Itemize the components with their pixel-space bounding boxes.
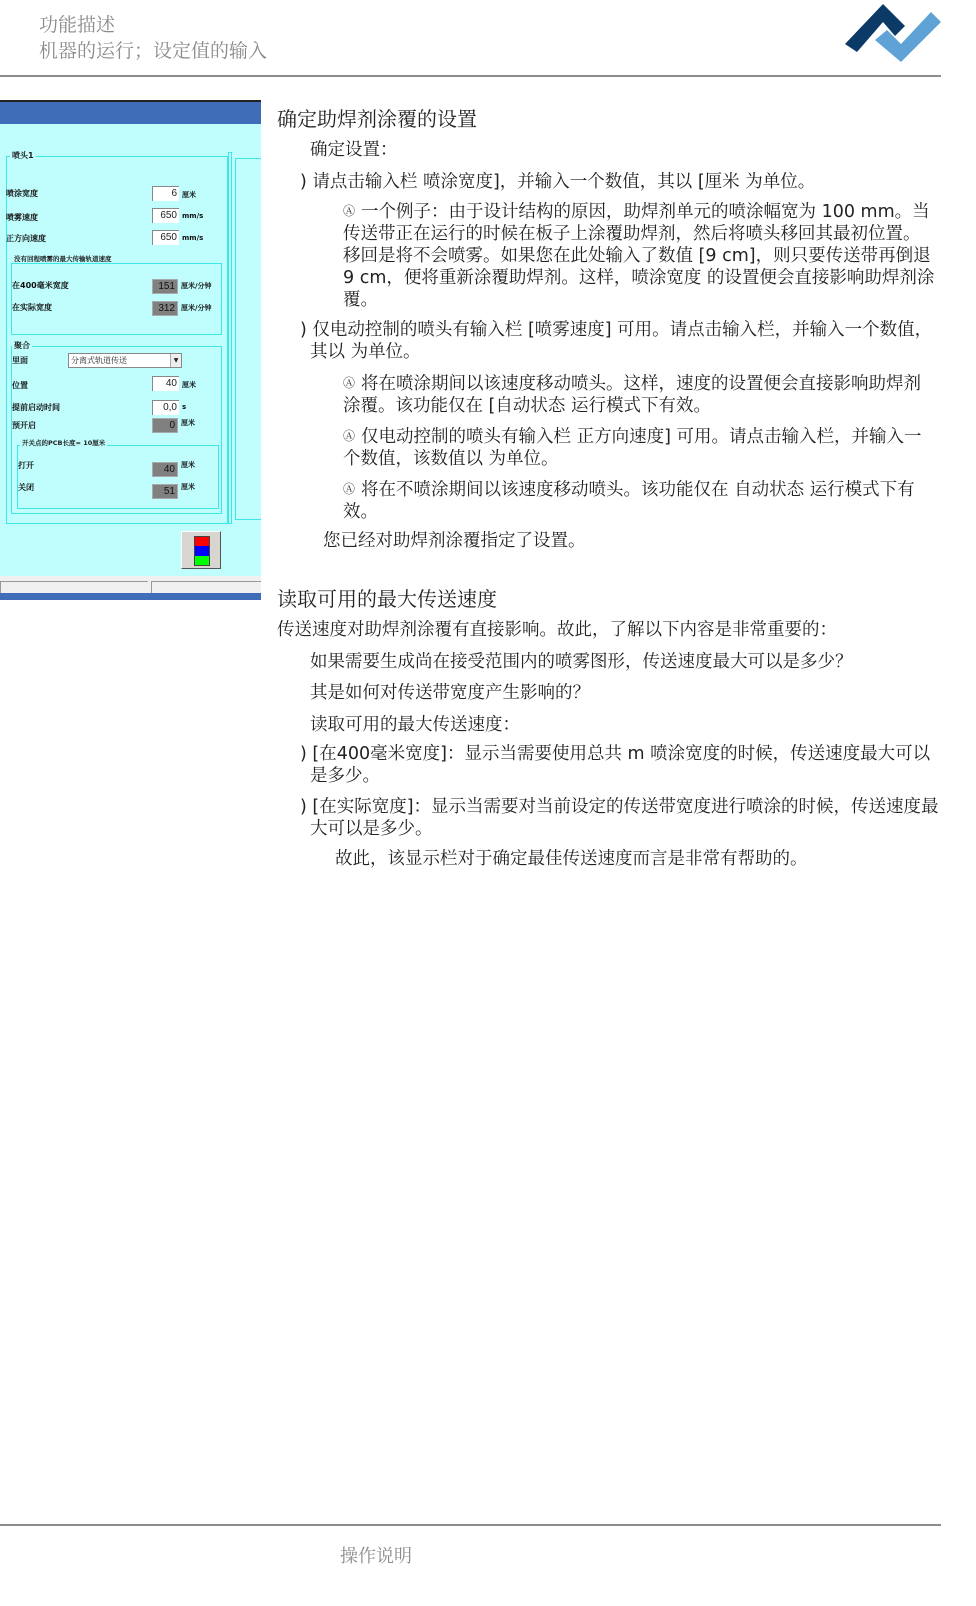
forward-speed-label: 正方向速度 <box>6 233 46 244</box>
item-400mm-text: ) [在400毫米宽度]：显示当需要使用总共 m 喷涂宽度的时候，传送速度最大可… <box>300 744 930 786</box>
conveyor-mode-value: 分离式轨道传送 <box>71 356 127 365</box>
read-max-speed-label: 读取可用的最大传送速度： <box>310 714 520 736</box>
step-spray-speed-text: ) 仅电动控制的喷头有输入栏 [喷雾速度] 可用。请点击输入栏，并输入一个数值，… <box>300 320 932 362</box>
spray-speed-input[interactable]: 650 <box>152 208 179 223</box>
footer-divider <box>0 1524 941 1526</box>
right-group-box <box>235 158 261 520</box>
note-example: Ⓐ一个例子：由于设计结构的原因，助焊剂单元的喷涂幅宽为 100 mm。当传送带正… <box>343 200 935 311</box>
max-speed-intro: 传送速度对助焊剂涂覆有直接影响。故此，了解以下内容是非常重要的： <box>277 619 837 641</box>
spray-width-unit: 厘米 <box>182 190 196 200</box>
max-speed-400-value: 151 <box>152 279 178 294</box>
spray-width-label: 喷涂宽度 <box>6 188 38 199</box>
panel-divider <box>228 152 232 524</box>
switch-close-value: 51 <box>152 484 178 499</box>
switch-close-label: 关闭 <box>18 482 34 493</box>
signal-lamp-icon <box>194 536 210 566</box>
switch-group-title: 开关点的PCB长度= 10厘米 <box>20 438 107 447</box>
item-400mm-width: ) [在400毫米宽度]：显示当需要使用总共 m 喷涂宽度的时候，传送速度最大可… <box>300 743 940 787</box>
switch-open-label: 打开 <box>18 460 34 471</box>
status-lamp-button[interactable] <box>181 531 221 569</box>
spray-width-input[interactable]: 6 <box>152 186 179 201</box>
note-icon: Ⓐ <box>343 376 355 390</box>
preopen-value: 0 <box>152 418 178 433</box>
note-non-spray-speed: Ⓐ将在不喷涂期间以该速度移动喷头。该功能仅在 自动状态 运行模式下有效。 <box>343 478 935 523</box>
conveyor-mode-select[interactable]: 分离式轨道传送 ▼ <box>68 353 182 368</box>
note-example-text: 一个例子：由于设计结构的原因，助焊剂单元的喷涂幅宽为 100 mm。当传送带正在… <box>343 202 934 310</box>
chapter-subtitle: 机器的运行；设定值的输入 <box>39 36 267 63</box>
forward-speed-unit: mm/s <box>182 234 203 242</box>
max-speed-400-unit: 厘米/分钟 <box>181 281 212 291</box>
window-titlebar <box>0 100 261 124</box>
max-speed-actual-value: 312 <box>152 301 178 316</box>
question-1: 如果需要生成尚在接受范围内的喷雾图形，传送速度最大可以是多少？ <box>310 651 853 673</box>
note-spray-speed-text: 将在喷涂期间以该速度移动喷头。这样，速度的设置便会直接影响助焊剂涂覆。该功能仅在… <box>343 374 921 416</box>
spray-speed-unit: mm/s <box>182 212 203 220</box>
note-icon: Ⓐ <box>343 204 355 218</box>
note-forward-speed: Ⓐ仅电动控制的喷头有输入栏 正方向速度] 可用。请点击输入栏，并输入一个数值，该… <box>343 425 935 470</box>
chapter-title: 功能描述 <box>39 10 115 37</box>
position-input[interactable]: 40 <box>152 376 179 391</box>
note-non-spray-text: 将在不喷涂期间以该速度移动喷头。该功能仅在 自动状态 运行模式下有效。 <box>343 480 915 522</box>
prestart-time-unit: s <box>182 403 186 411</box>
step-spray-width: ) 请点击输入栏 喷涂宽度]，并输入一个数值，其以 [厘米 为单位。 <box>300 171 940 193</box>
maxspeed-group-title: 没有回程喷雾的最大传输轨道速度 <box>12 254 114 263</box>
note-forward-speed-text: 仅电动控制的喷头有输入栏 正方向速度] 可用。请点击输入栏，并输入一个数值，该数… <box>343 427 921 469</box>
preopen-label: 预开启 <box>12 420 36 431</box>
position-label: 位置 <box>12 380 28 391</box>
max-speed-actual-unit: 厘米/分钟 <box>181 303 212 313</box>
max-speed-actual-label: 在实际宽度 <box>12 302 52 313</box>
switch-open-unit: 厘米 <box>181 460 195 470</box>
position-unit: 厘米 <box>182 380 196 390</box>
step-spray-speed: ) 仅电动控制的喷头有输入栏 [喷雾速度] 可用。请点击输入栏，并输入一个数值，… <box>300 319 940 363</box>
intro-text: 确定设置： <box>310 139 398 161</box>
note-spray-speed: Ⓐ将在喷涂期间以该速度移动喷头。这样，速度的设置便会直接影响助焊剂涂覆。该功能仅… <box>343 372 935 417</box>
preopen-unit: 厘米 <box>181 418 195 428</box>
item-actual-width: ) [在实际宽度]：显示当需要对当前设定的传送带宽度进行喷涂的时候，传送速度最大… <box>300 796 940 840</box>
switch-group-box <box>17 445 219 509</box>
switch-open-value: 40 <box>152 462 178 477</box>
section-title-max-speed: 读取可用的最大传送速度 <box>277 583 497 612</box>
forward-speed-input[interactable]: 650 <box>152 230 179 245</box>
nozzle-group-title: 喷头1 <box>10 150 36 161</box>
section-title-flux-settings: 确定助焊剂涂覆的设置 <box>277 103 477 132</box>
header-divider <box>0 75 941 77</box>
max-speed-400-label: 在400毫米宽度 <box>12 280 69 291</box>
maxspeed-group-box <box>11 263 222 335</box>
prestart-time-label: 提前启动时间 <box>12 402 60 413</box>
settings-done-text: 您已经对助焊剂涂覆指定了设置。 <box>323 530 586 552</box>
footer-title: 操作说明 <box>340 1542 412 1568</box>
question-2: 其是如何对传送带宽度产生影响的？ <box>310 682 590 704</box>
combine-group-title: 聚合 <box>12 340 32 351</box>
conclusion-text: 故此，该显示栏对于确定最佳传送速度而言是非常有帮助的。 <box>335 848 808 870</box>
prestart-time-input[interactable]: 0,0 <box>152 400 179 415</box>
switch-close-unit: 厘米 <box>181 482 195 492</box>
item-actual-text: ) [在实际宽度]：显示当需要对当前设定的传送带宽度进行喷涂的时候，传送速度最大… <box>300 797 939 839</box>
combine-inside-label: 里面 <box>12 355 28 366</box>
spray-speed-label: 喷雾速度 <box>6 212 38 223</box>
chevron-down-icon[interactable]: ▼ <box>170 354 181 367</box>
company-logo-icon <box>843 0 943 64</box>
note-icon: Ⓐ <box>343 429 355 443</box>
window-bottom-bar <box>0 593 261 600</box>
note-icon: Ⓐ <box>343 482 355 496</box>
flux-settings-screenshot: 喷头1 喷涂宽度 6 厘米 喷雾速度 650 mm/s 正方向速度 650 mm… <box>0 100 261 600</box>
